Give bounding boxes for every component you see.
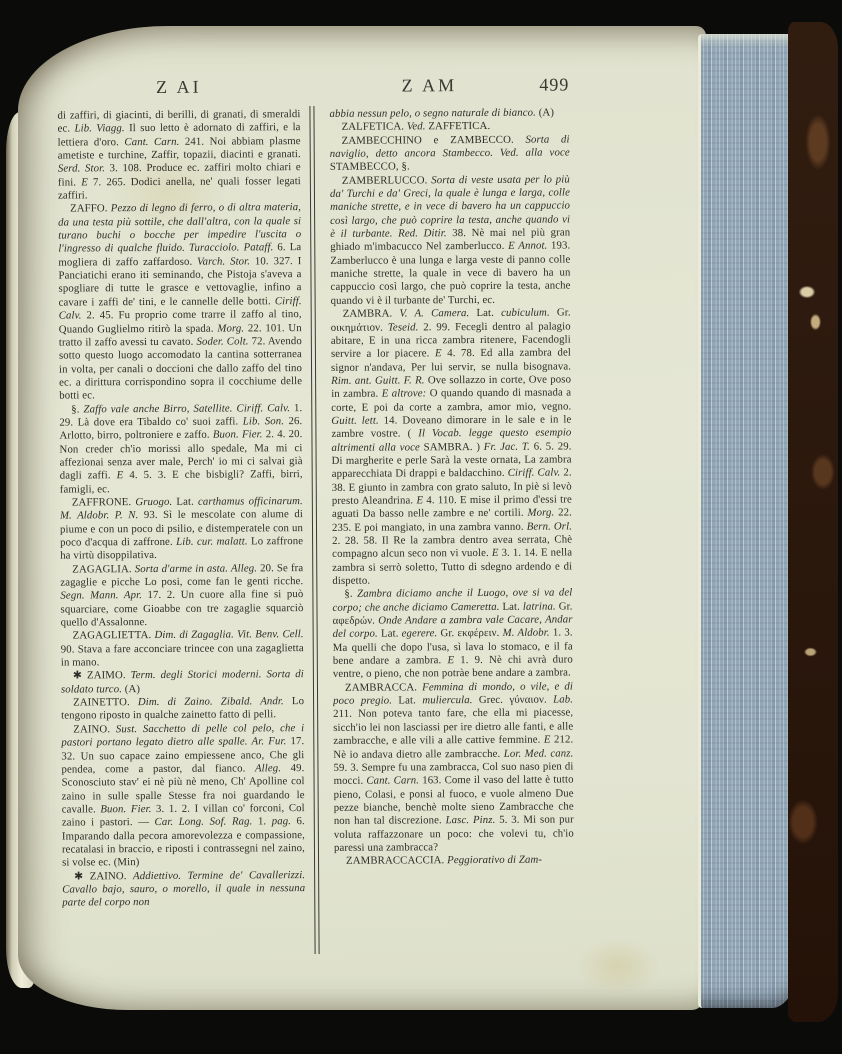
printed-text-area: Z AI Z AM 499 di zaffiri, di giacinti, d… bbox=[57, 72, 575, 981]
text-segment: ZAGAGLIETTA. bbox=[73, 629, 155, 641]
text-segment: ZAINO. bbox=[73, 723, 116, 735]
text-segment: ZAMBRA. bbox=[343, 308, 400, 320]
dictionary-paragraph: §. Zaffo vale anche Birro, Satellite. Ci… bbox=[59, 402, 303, 497]
page-number: 499 bbox=[539, 74, 569, 95]
italic-text-segment: Morg. bbox=[217, 322, 244, 334]
text-segment: ✱ ZAINO. bbox=[74, 870, 133, 882]
text-segment: ZAMBERLUCCO. bbox=[342, 174, 431, 187]
italic-text-segment: Guitt. lett. bbox=[331, 415, 378, 427]
dictionary-paragraph: ZAFFRONE. Gruogo. Lat. carthamus officin… bbox=[60, 495, 303, 563]
italic-text-segment: E altrove: bbox=[382, 388, 427, 400]
italic-text-segment: Sorta d'arme in asta. Alleg. bbox=[135, 562, 257, 575]
italic-text-segment: Bern. Orl. bbox=[527, 520, 572, 532]
italic-text-segment: abbia nessun pelo, o segno naturale di b… bbox=[329, 107, 536, 120]
italic-text-segment: Serd. Stor. bbox=[58, 163, 105, 175]
text-segment: SAMBRA. ) bbox=[420, 441, 484, 453]
text-segment: (A) bbox=[536, 107, 554, 119]
text-segment: Lat. bbox=[469, 307, 501, 319]
italic-text-segment: Car. Long. Sof. Rag. bbox=[154, 816, 252, 829]
italic-text-segment: Varch. Stor. bbox=[197, 255, 250, 267]
italic-text-segment: Zaffo vale anche Birro, Satellite. Cirif… bbox=[83, 402, 290, 415]
book-page: Z AI Z AM 499 di zaffiri, di giacinti, d… bbox=[18, 26, 706, 1010]
italic-text-segment: Lor. Med. canz. bbox=[504, 747, 574, 759]
scanned-book-photo: { "header": { "left_title": "Z AI", "rig… bbox=[0, 0, 842, 1054]
italic-text-segment: pag. bbox=[272, 815, 291, 827]
italic-text-segment: muliercula. bbox=[422, 694, 472, 706]
dictionary-paragraph: ZAMBECCHINO e ZAMBECCO. Sorta di navigli… bbox=[330, 133, 570, 174]
text-segment: ZAMBRACCACCIA. bbox=[346, 854, 447, 867]
text-segment: (A) bbox=[122, 683, 140, 695]
text-segment: ✱ ZAIMO. bbox=[73, 670, 131, 682]
dictionary-paragraph: ✱ ZAIMO. Term. degli Storici moderni. So… bbox=[61, 669, 304, 697]
italic-text-segment: M. Aldobr. bbox=[503, 627, 550, 639]
dictionary-paragraph: di zaffiri, di giacinti, di berilli, di … bbox=[57, 108, 301, 203]
italic-text-segment: Buon. Fier. bbox=[213, 429, 263, 441]
dictionary-paragraph: ZAINETTO. Dim. di Zaino. Zibald. Andr. L… bbox=[61, 695, 304, 723]
dictionary-paragraph: ZAFFO. Pezzo di legno di ferro, o di alt… bbox=[58, 201, 302, 403]
running-title-right: Z AM bbox=[329, 75, 529, 97]
text-segment: ZAMBRACCA. bbox=[345, 681, 422, 693]
italic-text-segment: E Annot. bbox=[508, 240, 547, 252]
text-segment: 211. Non poteva tanto fare, che ella mi … bbox=[333, 707, 573, 747]
italic-text-segment: Cant. Carn. bbox=[366, 775, 419, 787]
dictionary-paragraph: ZAMBERLUCCO. Sorta di veste usata per lo… bbox=[330, 173, 571, 308]
text-segment: §. bbox=[71, 403, 83, 415]
italic-text-segment: Dim. di Zaino. Zibald. Andr. bbox=[138, 695, 284, 708]
text-segment: §. bbox=[344, 588, 357, 600]
text-segment: ZAINETTO. bbox=[73, 696, 138, 708]
italic-text-segment: Peggiorativo di Zam- bbox=[447, 854, 542, 867]
italic-text-segment: Buon. Fier. bbox=[100, 803, 151, 815]
italic-text-segment: Ved. bbox=[407, 121, 426, 133]
italic-text-segment: Soder. Colt. bbox=[196, 335, 248, 347]
dictionary-paragraph: ZAINO. Sust. Sacchetto di pelle col pelo… bbox=[61, 722, 305, 870]
dictionary-paragraph: ZAGAGLIETTA. Dim. di Zagaglia. Vit. Benv… bbox=[61, 628, 304, 670]
italic-text-segment: egerere. bbox=[402, 628, 438, 640]
text-segment: ZAFFRONE. bbox=[72, 496, 136, 508]
italic-text-segment: Rim. ant. Guitt. F. R. bbox=[331, 374, 425, 387]
italic-text-segment: Lab. bbox=[553, 694, 573, 706]
text-segment: ZAGAGLIA. bbox=[72, 563, 135, 575]
dictionary-paragraph: ✱ ZAINO. Addiettivo. Termine de' Cavalle… bbox=[62, 869, 305, 911]
dictionary-paragraph: abbia nessun pelo, o segno naturale di b… bbox=[329, 106, 569, 121]
italic-text-segment: Lasc. Pinz. bbox=[446, 814, 496, 826]
text-columns: di zaffiri, di giacinti, di berilli, di … bbox=[57, 106, 569, 109]
text-segment: Gr. εκφέρειν. bbox=[437, 627, 502, 639]
text-segment: ZAFFETICA. bbox=[426, 120, 491, 132]
running-title-left: Z AI bbox=[57, 76, 300, 98]
text-segment: Lat. bbox=[392, 694, 422, 706]
dictionary-paragraph: ZAMBRA. V. A. Camera. Lat. cubiculum. Gr… bbox=[331, 307, 573, 589]
italic-text-segment: Teseid. bbox=[388, 321, 419, 333]
text-segment: Lat. bbox=[172, 496, 198, 508]
italic-text-segment: V. A. Camera. bbox=[399, 307, 469, 319]
dictionary-paragraph: §. Zambra diciamo anche il Luogo, ove si… bbox=[332, 587, 573, 682]
text-segment: 7. 265. Dodici anella, ne' quali fosser … bbox=[58, 175, 301, 202]
italic-text-segment: Lib. Son. bbox=[243, 415, 284, 427]
book-fore-edge bbox=[698, 34, 797, 1008]
italic-text-segment: Lib. Viagg. bbox=[74, 123, 124, 135]
italic-text-segment: Ciriff. Calv. bbox=[508, 467, 561, 479]
italic-text-segment: cubiculum. bbox=[501, 307, 550, 319]
text-segment: 90. Stava a fare acconciare trincee con … bbox=[61, 642, 304, 669]
dictionary-paragraph: ZAMBRACCACCIA. Peggiorativo di Zam- bbox=[334, 854, 574, 869]
page-header: Z AI Z AM 499 bbox=[57, 72, 569, 105]
text-segment: ZAMBECCHINO e ZAMBECCO. bbox=[342, 133, 526, 146]
italic-text-segment: Lib. cur. malatt. bbox=[176, 535, 248, 547]
italic-text-segment: Fr. Jac. T. bbox=[484, 440, 530, 452]
italic-text-segment: Gruogo. bbox=[135, 496, 172, 508]
left-column: di zaffiri, di giacinti, di berilli, di … bbox=[57, 108, 305, 961]
text-segment: STAMBECCO, §. bbox=[330, 161, 410, 173]
book-cover-binding bbox=[788, 22, 838, 1022]
text-segment: ZAFFO. bbox=[70, 203, 111, 215]
dictionary-paragraph: ZAMBRACCA. Femmina di mondo, o vile, e d… bbox=[333, 680, 574, 855]
italic-text-segment: Segn. Mann. Apr. bbox=[60, 589, 142, 601]
right-column: abbia nessun pelo, o segno naturale di b… bbox=[329, 106, 574, 959]
text-segment: ZALFETICA. bbox=[342, 121, 407, 133]
italic-text-segment: latrina. bbox=[523, 600, 556, 612]
italic-text-segment: Alleg. bbox=[255, 762, 281, 774]
italic-text-segment: Cant. Carn. bbox=[124, 136, 179, 148]
italic-text-segment: Morg. bbox=[527, 507, 554, 519]
column-divider-rule bbox=[309, 106, 319, 954]
text-segment: Lat. bbox=[378, 628, 402, 640]
italic-text-segment: Dim. di Zagaglia. Vit. Benv. Cell. bbox=[154, 628, 303, 641]
dictionary-paragraph: ZAGAGLIA. Sorta d'arme in asta. Alleg. 2… bbox=[60, 562, 303, 630]
text-segment: Grec. γύναιον. bbox=[472, 694, 553, 706]
text-segment: Lat. bbox=[499, 600, 522, 612]
text-segment: 1. bbox=[252, 815, 271, 827]
